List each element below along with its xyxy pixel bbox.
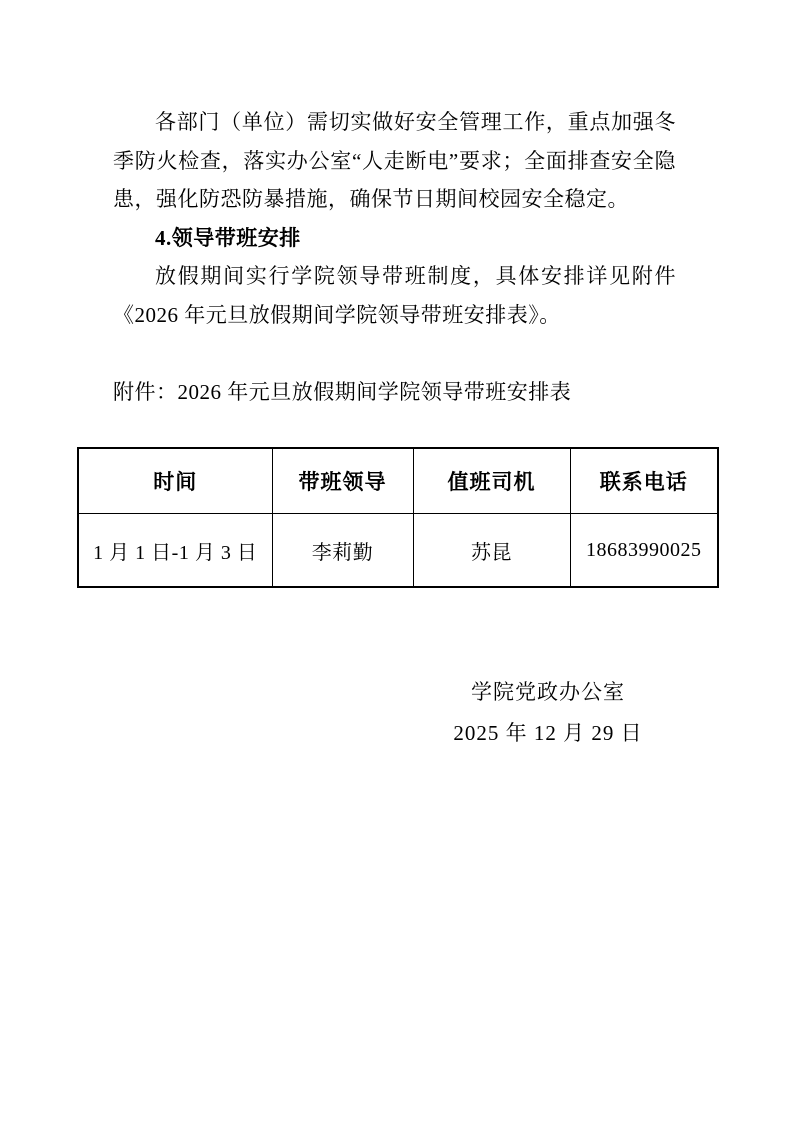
attachment-reference-line: 附件：2026 年元旦放假期间学院领导带班安排表 [113,373,676,412]
document-content: 各部门（单位）需切实做好安全管理工作，重点加强冬季防火检查，落实办公室“人走断电… [113,103,676,754]
duty-schedule-table: 时间 带班领导 值班司机 联系电话 1 月 1 日-1 月 3 日 李莉勤 苏昆… [77,447,719,588]
cell-leader: 李莉勤 [272,514,413,588]
section-heading-duty-arrangement: 4.领导带班安排 [113,219,676,258]
cell-time: 1 月 1 日-1 月 3 日 [78,514,272,588]
signature-date: 2025 年 12 月 29 日 [398,713,698,754]
column-header-leader: 带班领导 [272,448,413,514]
column-header-phone: 联系电话 [570,448,718,514]
table-header-row: 时间 带班领导 值班司机 联系电话 [78,448,718,514]
table-row: 1 月 1 日-1 月 3 日 李莉勤 苏昆 18683990025 [78,514,718,588]
cell-driver: 苏昆 [413,514,570,588]
column-header-driver: 值班司机 [413,448,570,514]
signature-block: 学院党政办公室 2025 年 12 月 29 日 [398,672,698,754]
paragraph-duty-system: 放假期间实行学院领导带班制度，具体安排详见附件《2026 年元旦放假期间学院领导… [113,257,676,334]
signature-organization: 学院党政办公室 [398,672,698,713]
paragraph-security-requirements: 各部门（单位）需切实做好安全管理工作，重点加强冬季防火检查，落实办公室“人走断电… [113,103,676,219]
cell-phone: 18683990025 [570,514,718,588]
column-header-time: 时间 [78,448,272,514]
document-page: 各部门（单位）需切实做好安全管理工作，重点加强冬季防火检查，落实办公室“人走断电… [0,0,793,1122]
